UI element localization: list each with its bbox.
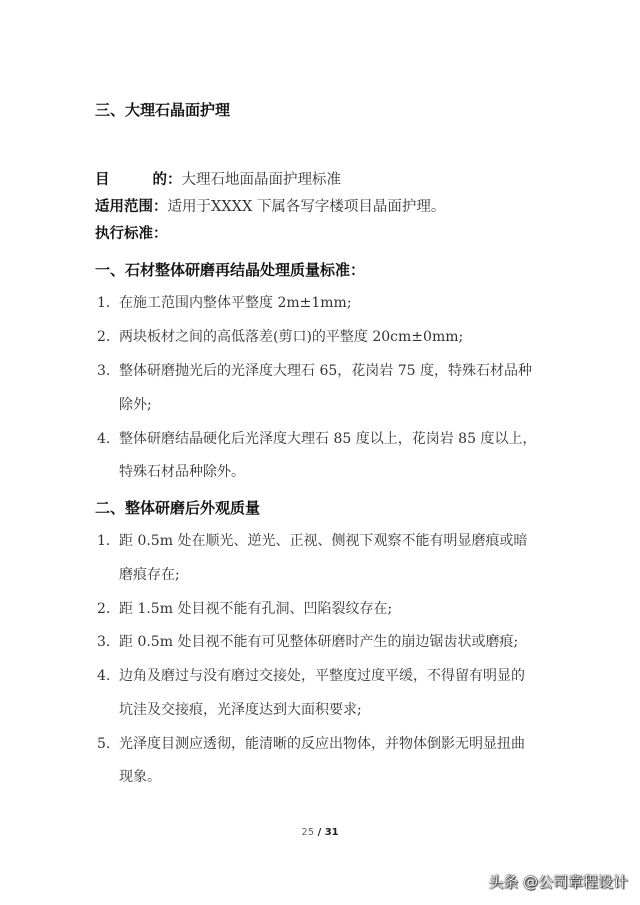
item-number: 3. [97, 634, 119, 650]
watermark: 头条 @公司章程设计 [488, 871, 628, 892]
item-text: 距 0.5m 处目视不能有可见整体研磨时产生的崩边锯齿状或磨痕; [119, 634, 518, 650]
purpose-row: 目 的 ：大理石地面晶面护理标准 [95, 168, 341, 189]
item-text-continuation: 坑洼及交接痕，光泽度达到大面积要求; [119, 699, 362, 719]
purpose-value: 大理石地面晶面护理标准 [182, 172, 342, 188]
item-text-continuation: 除外; [119, 394, 152, 414]
item-text: 距 0.5m 处在顺光、逆光、正视、侧视下观察不能有明显磨痕或暗 [119, 533, 527, 549]
standard-label: 执行标准 [95, 222, 153, 243]
section-title: 三、大理石晶面护理 [95, 99, 230, 120]
purpose-label-b: 的 [153, 168, 168, 189]
page-number: 25 / 31 [0, 827, 640, 838]
item-text: 在施工范围内整体平整度 2m±1mm; [119, 295, 352, 311]
section-heading-1: 一、石材整体研磨再结晶处理质量标准： [95, 259, 365, 280]
item-number: 2. [97, 329, 119, 345]
scope-value: 适用于XXXX 下属各写字楼项目晶面护理。 [168, 199, 446, 215]
item-number: 3. [97, 363, 119, 379]
item-number: 4. [97, 431, 119, 447]
item-text: 两块板材之间的高低落差(剪口)的平整度 20cm±0mm; [119, 329, 463, 345]
item-number: 1. [97, 295, 119, 311]
item-number: 4. [97, 668, 119, 684]
scope-colon: ： [153, 199, 168, 215]
page-separator: / [314, 827, 325, 838]
item-text: 边角及磨过与没有磨过交接处，平整度过度平缓，不得留有明显的 [119, 668, 525, 684]
purpose-label: 目 的 [95, 168, 167, 189]
item-number: 5. [97, 736, 119, 752]
list-item: 3.整体研磨抛光后的光泽度大理石 65，花岗岩 75 度，特殊石材品种 [97, 360, 532, 380]
list-item: 4.整体研磨结晶硬化后光泽度大理石 85 度以上，花岗岩 85 度以上， [97, 428, 536, 448]
item-text: 整体研磨结晶硬化后光泽度大理石 85 度以上，花岗岩 85 度以上， [119, 431, 536, 447]
list-item: 2.距 1.5m 处目视不能有孔洞、凹陷裂纹存在; [97, 598, 392, 618]
item-number: 1. [97, 533, 119, 549]
scope-row: 适用范围：适用于XXXX 下属各写字楼项目晶面护理。 [95, 195, 445, 216]
item-text: 光泽度目测应透彻，能清晰的反应出物体，并物体倒影无明显扭曲 [119, 736, 525, 752]
item-text-continuation: 特殊石材品种除外。 [119, 461, 245, 481]
item-text-continuation: 磨痕存在; [119, 564, 180, 584]
item-text-continuation: 现象。 [119, 766, 161, 786]
standard-row: 执行标准： [95, 222, 168, 243]
item-number: 2. [97, 601, 119, 617]
list-item: 3.距 0.5m 处目视不能有可见整体研磨时产生的崩边锯齿状或磨痕; [97, 631, 518, 651]
scope-label: 适用范围 [95, 195, 153, 216]
list-item: 1.距 0.5m 处在顺光、逆光、正视、侧视下观察不能有明显磨痕或暗 [97, 530, 527, 550]
page-current: 25 [301, 827, 314, 838]
item-text: 距 1.5m 处目视不能有孔洞、凹陷裂纹存在; [119, 601, 392, 617]
purpose-label-a: 目 [95, 168, 110, 189]
list-item: 2.两块板材之间的高低落差(剪口)的平整度 20cm±0mm; [97, 326, 463, 346]
standard-colon: ： [153, 226, 168, 242]
item-text: 整体研磨抛光后的光泽度大理石 65，花岗岩 75 度，特殊石材品种 [119, 363, 532, 379]
list-item: 1.在施工范围内整体平整度 2m±1mm; [97, 292, 352, 312]
list-item: 5.光泽度目测应透彻，能清晰的反应出物体，并物体倒影无明显扭曲 [97, 733, 525, 753]
document-page: 三、大理石晶面护理 目 的 ：大理石地面晶面护理标准 适用范围：适用于XXXX … [0, 0, 640, 905]
section-heading-2: 二、整体研磨后外观质量 [95, 497, 260, 518]
page-total: 31 [325, 827, 339, 838]
list-item: 4.边角及磨过与没有磨过交接处，平整度过度平缓，不得留有明显的 [97, 665, 525, 685]
purpose-colon: ： [167, 172, 182, 188]
